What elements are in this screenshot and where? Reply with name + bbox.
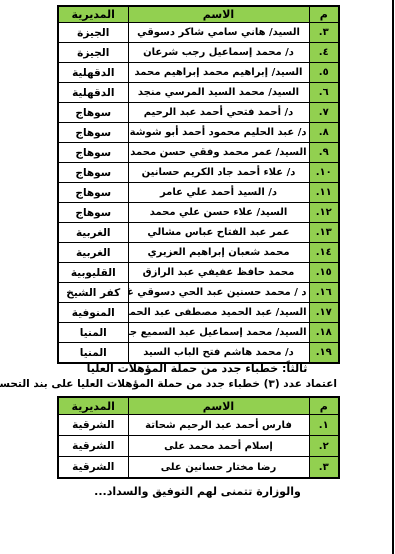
- name-cell: عمر عبد الفتاح عباس مشالي: [128, 223, 309, 243]
- table-header-row: م الاسم المديرية: [58, 397, 339, 415]
- table-row: ١٥.محمد حافظ عفيفي عبد الرازقالقليوبية: [58, 263, 339, 283]
- header-directorate: المديرية: [58, 6, 128, 23]
- name-cell: رضا مختار حسانين على: [128, 457, 309, 479]
- name-cell: د/ محمد هاشم فتح الباب السيد: [128, 343, 309, 364]
- num-cell: ١٥.: [309, 263, 339, 283]
- directorate-cell: سوهاج: [58, 183, 128, 203]
- table-row: ١٦.د / محمد حسنين عبد الحي دسوقي غانمكفر…: [58, 283, 339, 303]
- num-cell: ٣.: [309, 457, 339, 479]
- name-cell: د / محمد حسنين عبد الحي دسوقي غانم: [128, 283, 309, 303]
- num-cell: ١٠.: [309, 163, 339, 183]
- table-row: ٣.رضا مختار حسانين علىالشرقية: [58, 457, 339, 479]
- section-heading: ثالثاً: خطباء جدد من حملة المؤهلات العلي…: [27, 362, 367, 375]
- num-cell: ٧.: [309, 103, 339, 123]
- header-name: الاسم: [128, 397, 309, 415]
- header-number: م: [309, 6, 339, 23]
- num-cell: ١٣.: [309, 223, 339, 243]
- directorate-cell: الدقهلية: [58, 63, 128, 83]
- directorate-cell: الشرقية: [58, 436, 128, 457]
- directorate-cell: الشرقية: [58, 457, 128, 479]
- directorate-cell: سوهاج: [58, 143, 128, 163]
- num-cell: ١٩.: [309, 343, 339, 364]
- directorate-cell: الجيزة: [58, 23, 128, 43]
- table-row: ١٧.السيد/ عبد الحميد مصطفى عبد الحميد عل…: [58, 303, 339, 323]
- num-cell: ٤.: [309, 43, 339, 63]
- directorate-cell: الشرقية: [58, 415, 128, 436]
- header-number: م: [309, 397, 339, 415]
- num-cell: ١٦.: [309, 283, 339, 303]
- num-cell: ٣.: [309, 23, 339, 43]
- directorate-cell: سوهاج: [58, 103, 128, 123]
- table-row: ١١.د/ السيد أحمد علي عامرسوهاج: [58, 183, 339, 203]
- directorate-cell: الجيزة: [58, 43, 128, 63]
- num-cell: ٢.: [309, 436, 339, 457]
- num-cell: ١٨.: [309, 323, 339, 343]
- table-header-row: م الاسم المديرية: [58, 6, 339, 23]
- directorate-cell: الغربية: [58, 243, 128, 263]
- name-cell: السيد/ علاء حسن علي محمد: [128, 203, 309, 223]
- table-row: ١٤.محمد شعبان إبراهيم العزيريالغربية: [58, 243, 339, 263]
- table-row: ١٨.السيد/ محمد إسماعيل عبد السميع جمعةال…: [58, 323, 339, 343]
- table-row: ١.فارس أحمد عبد الرحيم شحاتةالشرقية: [58, 415, 339, 436]
- name-cell: د/ محمد إسماعيل رجب شرعان: [128, 43, 309, 63]
- num-cell: ١٧.: [309, 303, 339, 323]
- num-cell: ٦.: [309, 83, 339, 103]
- directorate-cell: الدقهلية: [58, 83, 128, 103]
- num-cell: ١.: [309, 415, 339, 436]
- name-cell: محمد حافظ عفيفي عبد الرازق: [128, 263, 309, 283]
- directorate-cell: الغربية: [58, 223, 128, 243]
- appointments-table-new-preachers: م الاسم المديرية ١.فارس أحمد عبد الرحيم …: [57, 396, 340, 479]
- name-cell: السيد/ عبد الحميد مصطفى عبد الحميد على ش…: [128, 303, 309, 323]
- directorate-cell: المنوفية: [58, 303, 128, 323]
- table-row: ١٩.د/ محمد هاشم فتح الباب السيدالمنيا: [58, 343, 339, 364]
- header-name: الاسم: [128, 6, 309, 23]
- table-row: ٢.إسلام أحمد محمد علىالشرقية: [58, 436, 339, 457]
- directorate-cell: المنيا: [58, 343, 128, 364]
- name-cell: فارس أحمد عبد الرحيم شحاتة: [128, 415, 309, 436]
- num-cell: ١٤.: [309, 243, 339, 263]
- name-cell: السيد/ إبراهيم محمد إبراهيم محمد: [128, 63, 309, 83]
- num-cell: ٩.: [309, 143, 339, 163]
- header-directorate: المديرية: [58, 397, 128, 415]
- num-cell: ٨.: [309, 123, 339, 143]
- closing-text: والوزارة تتمنى لهم التوفيق والسداد...: [57, 485, 338, 498]
- table-row: ١٠.د/ علاء أحمد جاد الكريم حسانينسوهاج: [58, 163, 339, 183]
- table-row: ٤.د/ محمد إسماعيل رجب شرعانالجيزة: [58, 43, 339, 63]
- directorate-cell: كفر الشيخ: [58, 283, 128, 303]
- section-intro-text: اعتماد عدد (٣) خطباء جدد من حملة المؤهلا…: [7, 378, 337, 390]
- name-cell: د/ السيد أحمد علي عامر: [128, 183, 309, 203]
- directorate-cell: القليوبية: [58, 263, 128, 283]
- table-row: ٥.السيد/ إبراهيم محمد إبراهيم محمدالدقهل…: [58, 63, 339, 83]
- name-cell: إسلام أحمد محمد على: [128, 436, 309, 457]
- table-row: ٣.السيد/ هاني سامي شاكر دسوقيالجيزة: [58, 23, 339, 43]
- table-row: ١٣.عمر عبد الفتاح عباس مشاليالغربية: [58, 223, 339, 243]
- name-cell: السيد/ عمر محمد وفقي حسن محمد: [128, 143, 309, 163]
- directorate-cell: سوهاج: [58, 123, 128, 143]
- name-cell: د/ أحمد فتحي أحمد عبد الرحيم: [128, 103, 309, 123]
- table-row: ١٢.السيد/ علاء حسن علي محمدسوهاج: [58, 203, 339, 223]
- name-cell: د/ عبد الحليم محمود أحمد أبو شوشة: [128, 123, 309, 143]
- name-cell: السيد/ محمد إسماعيل عبد السميع جمعة: [128, 323, 309, 343]
- table-row: ٩.السيد/ عمر محمد وفقي حسن محمدسوهاج: [58, 143, 339, 163]
- page-border-right: [392, 0, 394, 554]
- table-row: ٧.د/ أحمد فتحي أحمد عبد الرحيمسوهاج: [58, 103, 339, 123]
- table-row: ٨.د/ عبد الحليم محمود أحمد أبو شوشةسوهاج: [58, 123, 339, 143]
- num-cell: ٥.: [309, 63, 339, 83]
- name-cell: السيد/ هاني سامي شاكر دسوقي: [128, 23, 309, 43]
- num-cell: ١١.: [309, 183, 339, 203]
- name-cell: محمد شعبان إبراهيم العزيري: [128, 243, 309, 263]
- directorate-cell: سوهاج: [58, 203, 128, 223]
- directorate-cell: المنيا: [58, 323, 128, 343]
- name-cell: د/ علاء أحمد جاد الكريم حسانين: [128, 163, 309, 183]
- appointments-table-main: م الاسم المديرية ٣.السيد/ هاني سامي شاكر…: [57, 5, 340, 364]
- num-cell: ١٢.: [309, 203, 339, 223]
- table-row: ٦.السيد/ محمد السيد المرسي منجدالدقهلية: [58, 83, 339, 103]
- name-cell: السيد/ محمد السيد المرسي منجد: [128, 83, 309, 103]
- directorate-cell: سوهاج: [58, 163, 128, 183]
